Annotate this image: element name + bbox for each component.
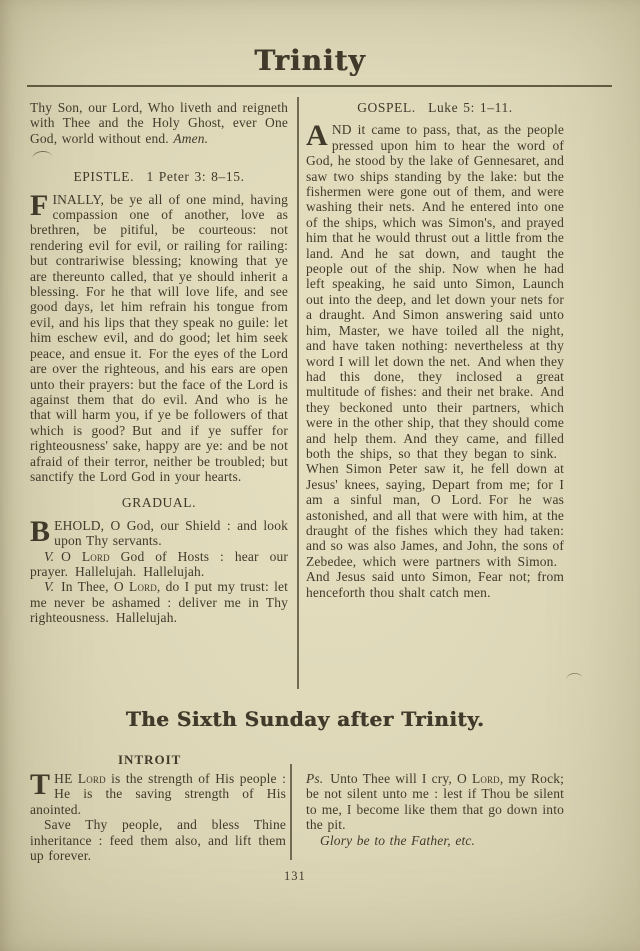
left-column: Thy Son, our Lord, Who liveth and reigne… [30,100,288,626]
introit-antiphon-text-2: Save Thy people, and bless Thine inherit… [30,817,286,863]
gradual-text: BEHOLD, O God, our Shield : and look upo… [30,518,288,549]
introit-heading: INTROIT [118,752,564,768]
page-title: Trinity [0,44,620,77]
header-rule [27,85,612,87]
epistle-heading: EPISTLE. 1 Peter 3: 8–15. [30,169,288,184]
introit-section: INTROIT THE Lord is the strength of His … [30,752,564,774]
ink-flourish [32,150,53,159]
column-divider [297,97,299,689]
gradual-versicle-2: V. In Thee, O Lord, do I put my trust: l… [30,579,288,625]
gospel-heading: GOSPEL. Luke 5: 1–11. [306,100,564,115]
gospel-text: AND it came to pass, that, as the people… [306,122,564,600]
book-page: Trinity Thy Son, our Lord, Who liveth an… [0,0,640,951]
introit-psalm-text: Ps. Unto Thee will I cry, O Lord, my Roc… [306,771,564,833]
ink-squiggle [566,672,583,680]
feast-title: The Sixth Sunday after Trinity. [0,707,610,731]
introit-right-column: Ps. Unto Thee will I cry, O Lord, my Roc… [306,771,564,848]
gradual-heading: GRADUAL. [30,495,288,510]
collect-ending-text: Thy Son, our Lord, Who liveth and reigne… [30,100,288,146]
introit-left-column: THE Lord is the strength of His people :… [30,771,286,863]
right-column: GOSPEL. Luke 5: 1–11. AND it came to pas… [306,97,564,600]
gradual-versicle-1: V. O Lord God of Hosts : hear our prayer… [30,549,288,580]
epistle-text: FINALLY, be ye all of one mind, having c… [30,192,288,485]
page-number: 131 [284,869,306,884]
introit-antiphon-text: THE Lord is the strength of His people :… [30,771,286,817]
introit-gloria-text: Glory be to the Father, etc. [306,833,564,848]
introit-column-divider [290,764,292,860]
